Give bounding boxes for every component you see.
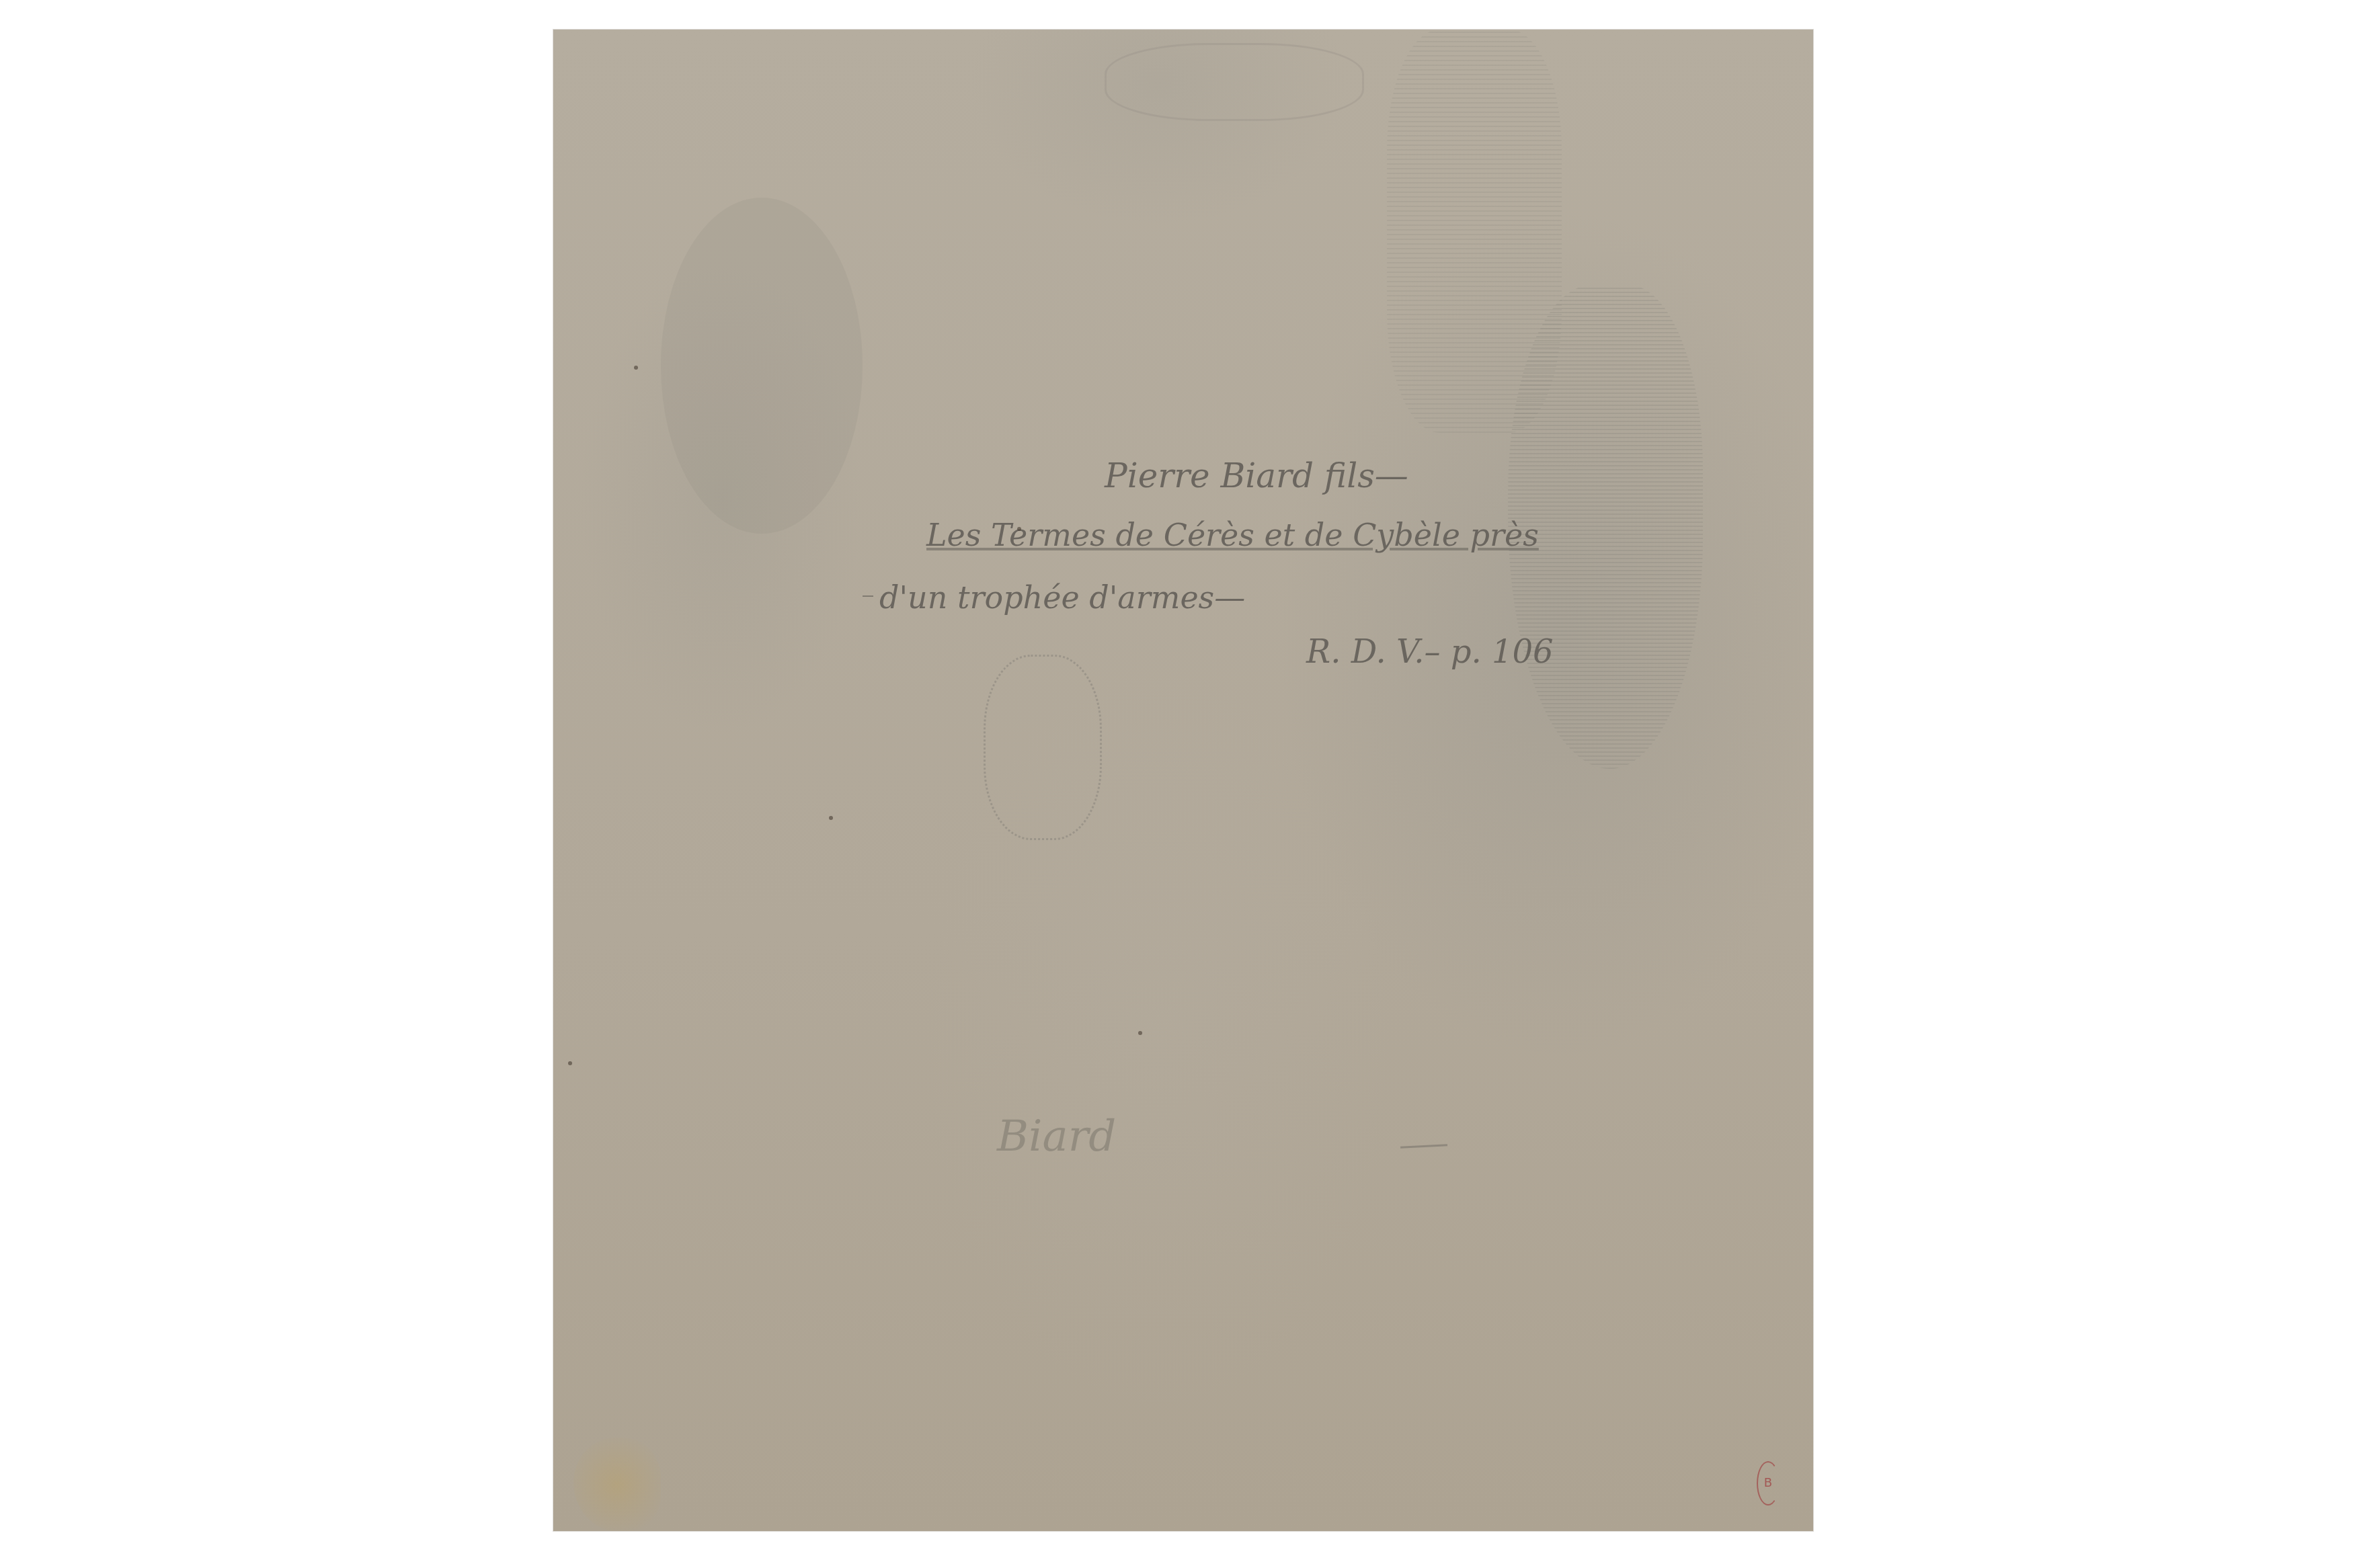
speck: [634, 366, 638, 370]
show-through-column: [1387, 30, 1562, 433]
signature-dash: [1400, 1144, 1447, 1149]
speck: [1017, 527, 1021, 531]
show-through-cartouche: [1105, 43, 1364, 121]
speck: [568, 1061, 572, 1065]
inscription-dash: [863, 595, 873, 597]
foxing-stain: [573, 1438, 661, 1531]
inscription-reference: R. D. V.– p. 106: [1306, 633, 1554, 671]
show-through-figure: [661, 198, 863, 534]
paper-sheet: Pierre Biard fils— Les Termes de Cérès e…: [553, 30, 1813, 1531]
inscription-title-line-1: Les Termes de Cérès et de Cybèle près: [926, 517, 1539, 553]
inscription-artist: Pierre Biard fils—: [1105, 456, 1408, 495]
collector-stamp: B: [1757, 1461, 1780, 1505]
image-canvas: Pierre Biard fils— Les Termes de Cérès e…: [0, 0, 2353, 1568]
speck: [829, 816, 833, 820]
signature-biard: Biard: [997, 1112, 1116, 1161]
speck: [1138, 1031, 1142, 1035]
inscription-title-line-2: d'un trophée d'armes—: [879, 579, 1245, 616]
show-through-grape-cluster: [984, 655, 1102, 840]
